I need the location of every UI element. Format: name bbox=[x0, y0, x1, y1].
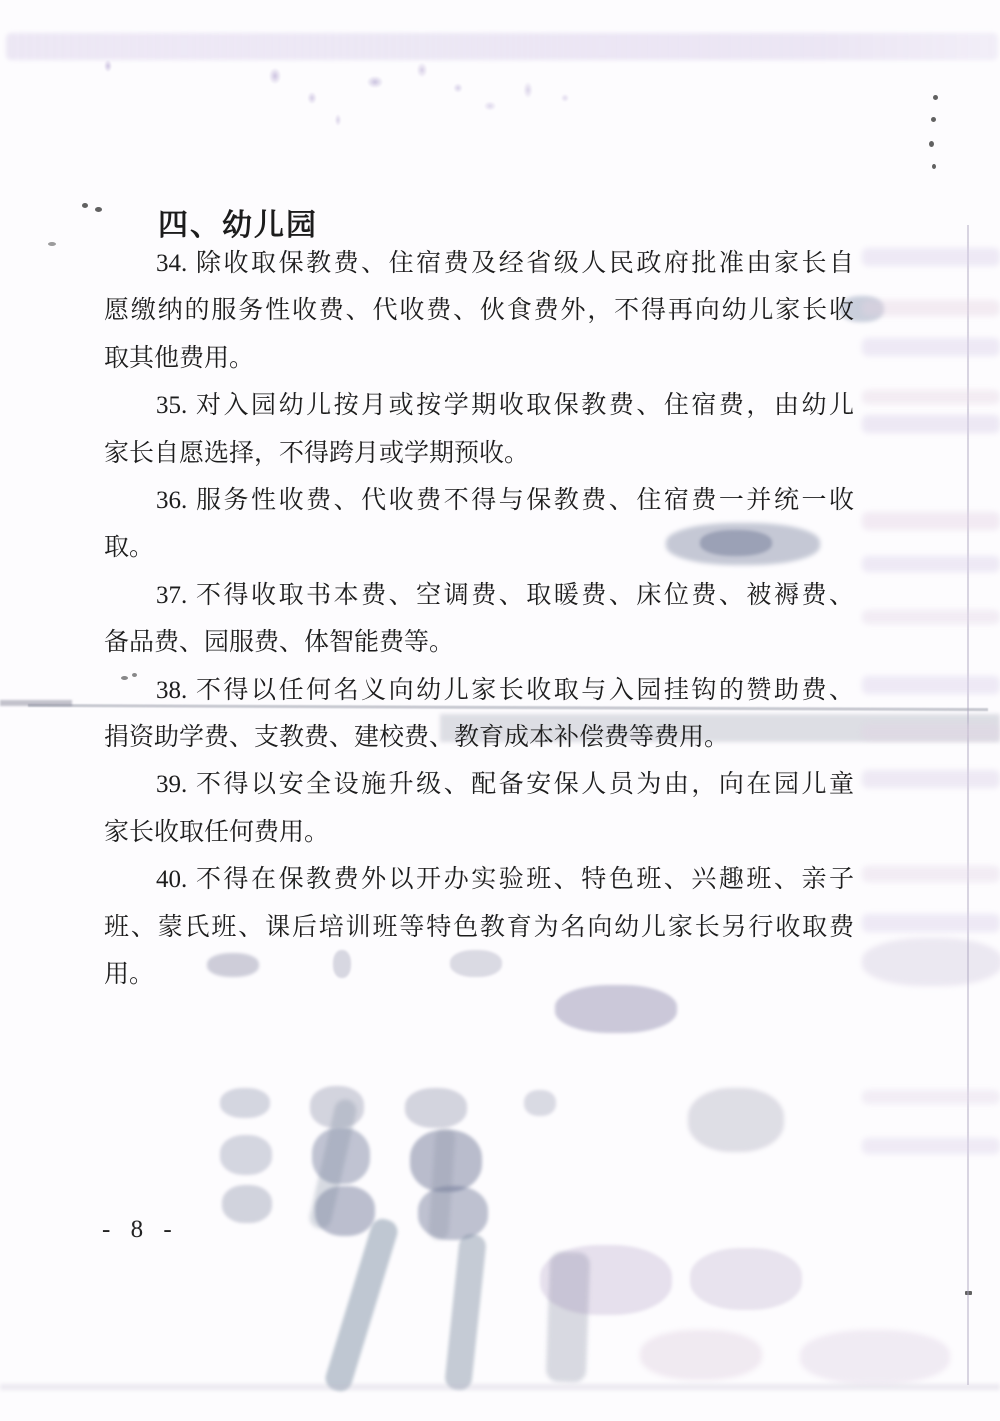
scan-artifact-ghost bbox=[418, 1186, 488, 1240]
scan-artifact-streak bbox=[323, 1216, 401, 1394]
scan-artifact-top-specks bbox=[20, 58, 610, 138]
scan-artifact-ghost bbox=[410, 1130, 482, 1192]
scan-artifact-dot bbox=[48, 242, 56, 246]
scan-artifact-cluster bbox=[540, 1245, 672, 1315]
scan-artifact-right-band bbox=[862, 866, 1000, 882]
scan-artifact-dot bbox=[82, 203, 88, 208]
text-line: 捐资助学费、支教费、建校费、教育成本补偿费等费用。 bbox=[104, 714, 854, 761]
paragraph-item-39: 39. 不得以安全设施升级、配备安保人员为由，向在园儿童家长收取任何费用。 bbox=[104, 761, 854, 856]
scan-artifact-streak bbox=[428, 1127, 456, 1240]
scan-artifact-streak bbox=[307, 1097, 358, 1231]
scan-artifact-cluster bbox=[640, 1330, 762, 1380]
text-line: 36. 服务性收费、代收费不得与保教费、住宿费一并统一收 bbox=[104, 477, 854, 524]
scan-artifact-ghost bbox=[220, 1088, 270, 1118]
scan-artifact-right-band bbox=[862, 338, 1000, 356]
section-heading: 四、幼儿园 bbox=[158, 200, 318, 244]
scan-artifact-ghost bbox=[405, 1088, 467, 1128]
page-number: - 8 - bbox=[102, 1216, 179, 1244]
paragraph-item-37: 37. 不得收取书本费、空调费、取暖费、床位费、被褥费、备品费、园服费、体智能费… bbox=[104, 572, 854, 667]
text-line: 40. 不得在保教费外以开办实验班、特色班、兴趣班、亲子 bbox=[104, 856, 854, 903]
scan-artifact-right-band bbox=[862, 390, 1000, 404]
scan-artifact-edge-line bbox=[967, 225, 969, 1385]
scan-artifact-streak bbox=[444, 1233, 487, 1391]
scan-artifact-right-band bbox=[862, 300, 1000, 316]
scan-artifact-dot bbox=[933, 95, 938, 100]
text-line: 愿缴纳的服务性收费、代收费、伙食费外，不得再向幼儿家长收 bbox=[104, 287, 854, 334]
scan-artifact-cluster bbox=[800, 1330, 950, 1384]
scan-artifact-right-band bbox=[862, 610, 1000, 624]
scan-artifact-dot bbox=[932, 164, 936, 169]
body-text: 34. 除收取保教费、住宿费及经省级人民政府批准由家长自愿缴纳的服务性收费、代收… bbox=[104, 240, 854, 999]
scan-artifact-dot bbox=[965, 1291, 972, 1295]
paragraph-item-40: 40. 不得在保教费外以开办实验班、特色班、兴趣班、亲子班、蒙氏班、课后培训班等… bbox=[104, 856, 854, 998]
scan-artifact-right-band bbox=[862, 512, 1000, 530]
scan-artifact-top-band bbox=[6, 33, 998, 60]
scan-artifact-ghost bbox=[310, 1086, 364, 1128]
scan-artifact-right-band bbox=[862, 770, 1000, 788]
text-line: 备品费、园服费、体智能费等。 bbox=[104, 619, 854, 666]
scan-artifact-right-band bbox=[862, 415, 1000, 433]
scan-artifact-cluster bbox=[690, 1248, 802, 1310]
scan-artifact-ghost bbox=[222, 1185, 272, 1223]
scan-artifact-ghost bbox=[315, 1186, 375, 1236]
scan-artifact-ghost bbox=[220, 1135, 272, 1175]
text-line: 班、蒙氏班、课后培训班等特色教育为名向幼儿家长另行收取费 bbox=[104, 904, 854, 951]
text-line: 家长收取任何费用。 bbox=[104, 809, 854, 856]
text-line: 取其他费用。 bbox=[104, 335, 854, 382]
scan-artifact-line bbox=[0, 700, 72, 706]
scan-artifact-right-band bbox=[862, 248, 1000, 266]
text-line: 用。 bbox=[104, 951, 854, 998]
scan-artifact-dot bbox=[95, 207, 102, 212]
scan-artifact-right-band bbox=[862, 1138, 1000, 1154]
scan-artifact-streak bbox=[546, 1251, 591, 1382]
paragraph-item-36: 36. 服务性收费、代收费不得与保教费、住宿费一并统一收取。 bbox=[104, 477, 854, 572]
scan-artifact-dot bbox=[929, 141, 934, 147]
text-line: 34. 除收取保教费、住宿费及经省级人民政府批准由家长自 bbox=[104, 240, 854, 287]
document-page: 四、幼儿园 34. 除收取保教费、住宿费及经省级人民政府批准由家长自愿缴纳的服务… bbox=[0, 0, 1000, 1421]
scan-artifact-ghost bbox=[524, 1090, 556, 1116]
scan-artifact-ghost bbox=[688, 1088, 784, 1152]
paragraph-item-34: 34. 除收取保教费、住宿费及经省级人民政府批准由家长自愿缴纳的服务性收费、代收… bbox=[104, 240, 854, 382]
scan-artifact-right-band bbox=[862, 676, 1000, 694]
text-line: 37. 不得收取书本费、空调费、取暖费、床位费、被褥费、 bbox=[104, 572, 854, 619]
text-line: 38. 不得以任何名义向幼儿家长收取与入园挂钩的赞助费、 bbox=[104, 667, 854, 714]
scan-artifact-right-band bbox=[862, 914, 1000, 932]
text-line: 取。 bbox=[104, 524, 854, 571]
text-line: 39. 不得以安全设施升级、配备安保人员为由，向在园儿童 bbox=[104, 761, 854, 808]
scan-artifact-ghost bbox=[312, 1128, 370, 1184]
scan-artifact-ghost bbox=[862, 938, 1000, 986]
text-line: 家长自愿选择，不得跨月或学期预收。 bbox=[104, 430, 854, 477]
scan-artifact-right-band bbox=[862, 1090, 1000, 1104]
scan-artifact-edge bbox=[0, 1384, 1000, 1390]
scan-artifact-dot bbox=[931, 117, 936, 122]
scan-artifact-right-band bbox=[862, 724, 1000, 740]
text-line: 35. 对入园幼儿按月或按学期收取保教费、住宿费，由幼儿 bbox=[104, 382, 854, 429]
paragraph-item-38: 38. 不得以任何名义向幼儿家长收取与入园挂钩的赞助费、捐资助学费、支教费、建校… bbox=[104, 667, 854, 762]
paragraph-item-35: 35. 对入园幼儿按月或按学期收取保教费、住宿费，由幼儿家长自愿选择，不得跨月或… bbox=[104, 382, 854, 477]
scan-artifact-right-band bbox=[862, 556, 1000, 572]
